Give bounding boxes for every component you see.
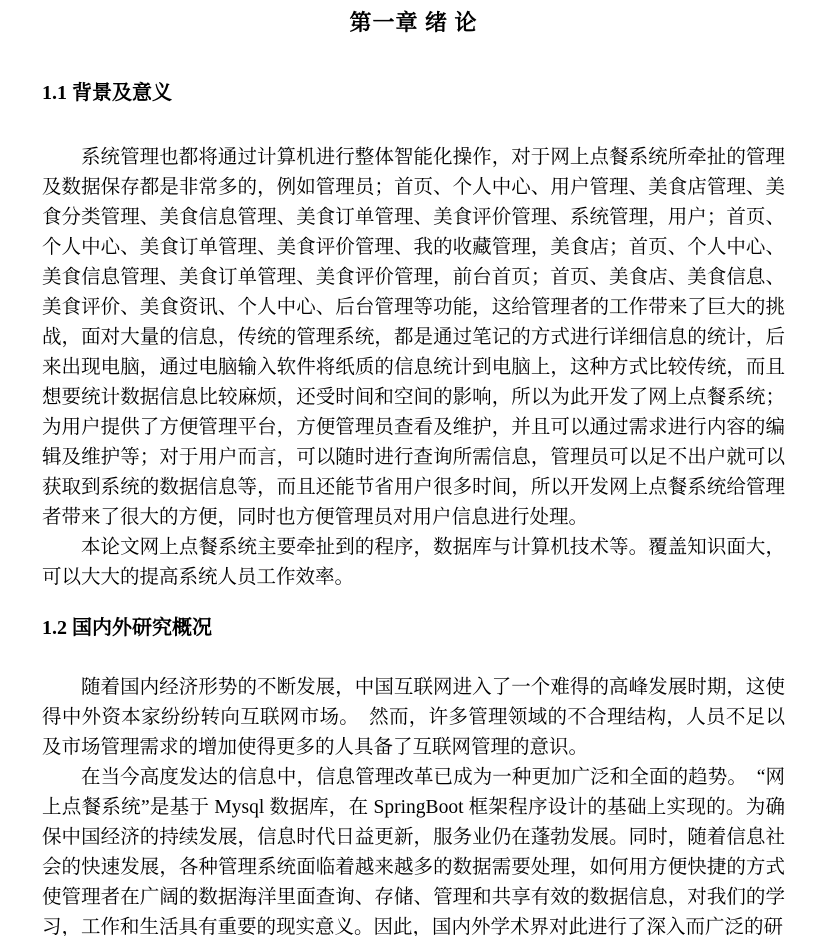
section-1-2-heading: 1.2 国内外研究概况: [42, 615, 785, 641]
paragraph-research-2: 在当今高度发达的信息中，信息管理改革已成为一种更加广泛和全面的趋势。 “网上点餐…: [42, 763, 785, 936]
chapter-title: 第一章 绪 论: [42, 8, 785, 38]
section-research-overview: 1.2 国内外研究概况 随着国内经济形势的不断发展，中国互联网进入了一个难得的高…: [42, 615, 785, 936]
document-page: 第一章 绪 论 1.1 背景及意义 系统管理也都将通过计算机进行整体智能化操作，…: [0, 0, 826, 936]
paragraph-research-1: 随着国内经济形势的不断发展，中国互联网进入了一个难得的高峰发展时期，这使得中外资…: [42, 673, 785, 763]
paragraph-background-1: 系统管理也都将通过计算机进行整体智能化操作，对于网上点餐系统所牵扯的管理及数据保…: [42, 143, 785, 533]
section-background: 1.1 背景及意义 系统管理也都将通过计算机进行整体智能化操作，对于网上点餐系统…: [42, 80, 785, 593]
paragraph-background-2: 本论文网上点餐系统主要牵扯到的程序，数据库与计算机技术等。覆盖知识面大，可以大大…: [42, 533, 785, 593]
section-1-1-heading: 1.1 背景及意义: [42, 80, 785, 106]
